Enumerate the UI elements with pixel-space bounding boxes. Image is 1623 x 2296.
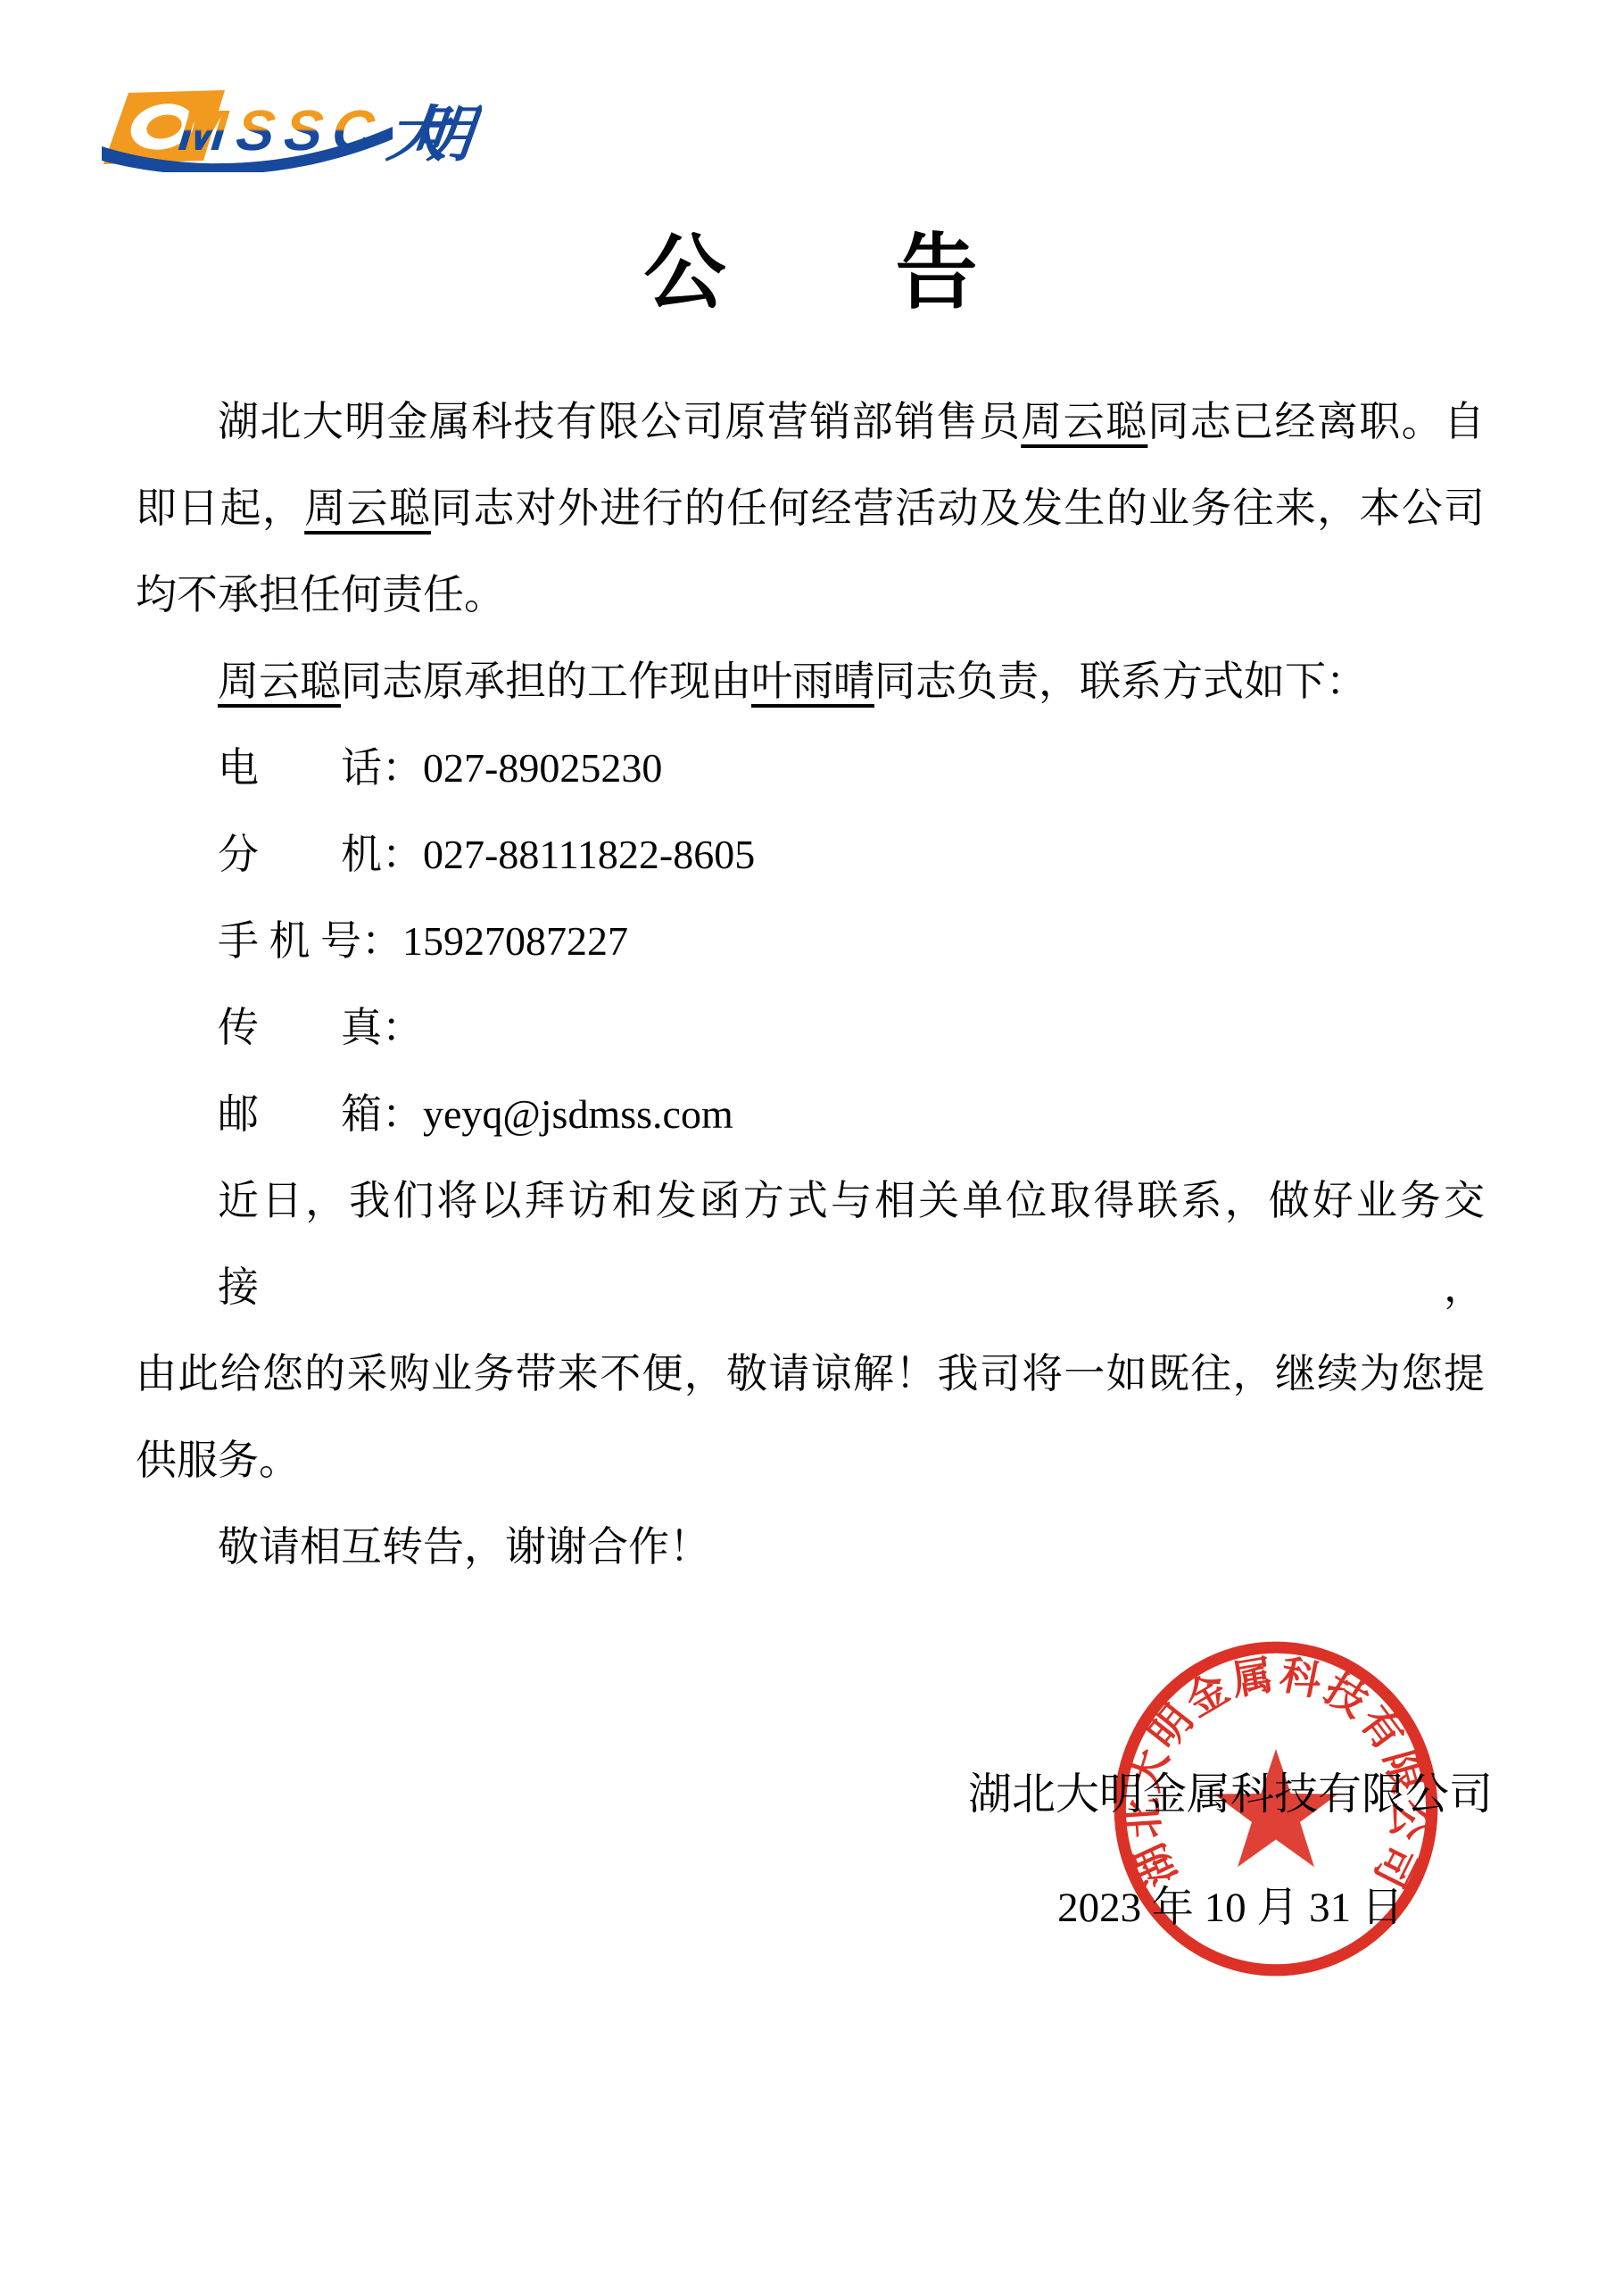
body-text: 同志负责，联系方式如下： — [874, 659, 1367, 704]
para2-line1: 周云聪同志原承担的工作现由叶雨晴同志负责，联系方式如下： — [136, 638, 1485, 725]
body-text: 供服务。 — [136, 1438, 300, 1483]
body-text: 电 话：027-89025230 — [218, 745, 662, 791]
contact-line-phone: 电 话：027-89025230 — [136, 725, 1485, 811]
document-body: 湖北大明金属科技有限公司原营销部销售员周云聪同志已经离职。自即日起，周云聪同志对… — [136, 378, 1485, 1590]
body-text: 近日，我们将以拜访和发函方式与相关单位取得联系，做好业务交接， — [218, 1178, 1485, 1310]
contact-line-extension: 分 机：027-88111822-8605 — [136, 811, 1485, 898]
underlined-name: 叶雨晴 — [751, 659, 874, 704]
body-text: 手 机 号：15927087227 — [218, 918, 628, 964]
body-text: 均不承担任何责任。 — [136, 572, 505, 618]
company-logo: MSSC 大明 — [98, 87, 482, 172]
para4-line1: 敬请相互转告，谢谢合作！ — [136, 1504, 1485, 1590]
body-text: 敬请相互转告，谢谢合作！ — [218, 1524, 710, 1570]
body-text: 分 机：027-88111822-8605 — [218, 832, 755, 877]
underlined-name: 周云聪 — [304, 485, 431, 531]
underlined-name: 周云聪 — [218, 659, 341, 704]
seal-star — [1213, 1749, 1337, 1867]
document-title: 公 告 — [0, 207, 1623, 325]
para3-line3: 供服务。 — [136, 1417, 1485, 1504]
company-seal: 湖北大明金属科技有限公司 — [1106, 1637, 1445, 1981]
body-text: 邮 箱：yeyq@jsdmss.com — [218, 1091, 733, 1137]
body-text: 同志已经离职。自 — [1147, 399, 1485, 444]
para1-line3: 均不承担任何责任。 — [136, 551, 1485, 638]
contact-line-mobile: 手 机 号：15927087227 — [136, 898, 1485, 984]
para1-line1: 湖北大明金属科技有限公司原营销部销售员周云聪同志已经离职。自 — [136, 378, 1485, 465]
announcement-page: MSSC 大明 公 告 湖北大明金属科技有限公司原营销部销售员周云聪同志已经离职… — [0, 0, 1623, 2296]
body-text: 即日起， — [136, 485, 304, 531]
para1-line2: 即日起，周云聪同志对外进行的任何经营活动及发生的业务往来，本公司 — [136, 465, 1485, 551]
body-text: 湖北大明金属科技有限公司原营销部销售员 — [218, 399, 1021, 444]
para3-line2: 由此给您的采购业务带来不便，敬请谅解！我司将一如既往，继续为您提 — [136, 1330, 1485, 1417]
contact-line-email: 邮 箱：yeyq@jsdmss.com — [136, 1071, 1485, 1157]
logo-graphic: MSSC 大明 — [98, 87, 482, 172]
body-text: 传 真： — [218, 1005, 423, 1050]
body-text: 同志原承担的工作现由 — [341, 659, 751, 704]
para3-line1: 近日，我们将以拜访和发函方式与相关单位取得联系，做好业务交接， — [136, 1157, 1485, 1330]
logo-cjk-text: 大明 — [384, 101, 482, 169]
logo-mssc-text: MSSC — [176, 98, 378, 162]
body-text: 同志对外进行的任何经营活动及发生的业务往来，本公司 — [431, 485, 1485, 531]
underlined-name: 周云聪 — [1021, 399, 1147, 444]
body-text: 由此给您的采购业务带来不便，敬请谅解！我司将一如既往，继续为您提 — [136, 1351, 1485, 1397]
contact-line-fax: 传 真： — [136, 984, 1485, 1071]
